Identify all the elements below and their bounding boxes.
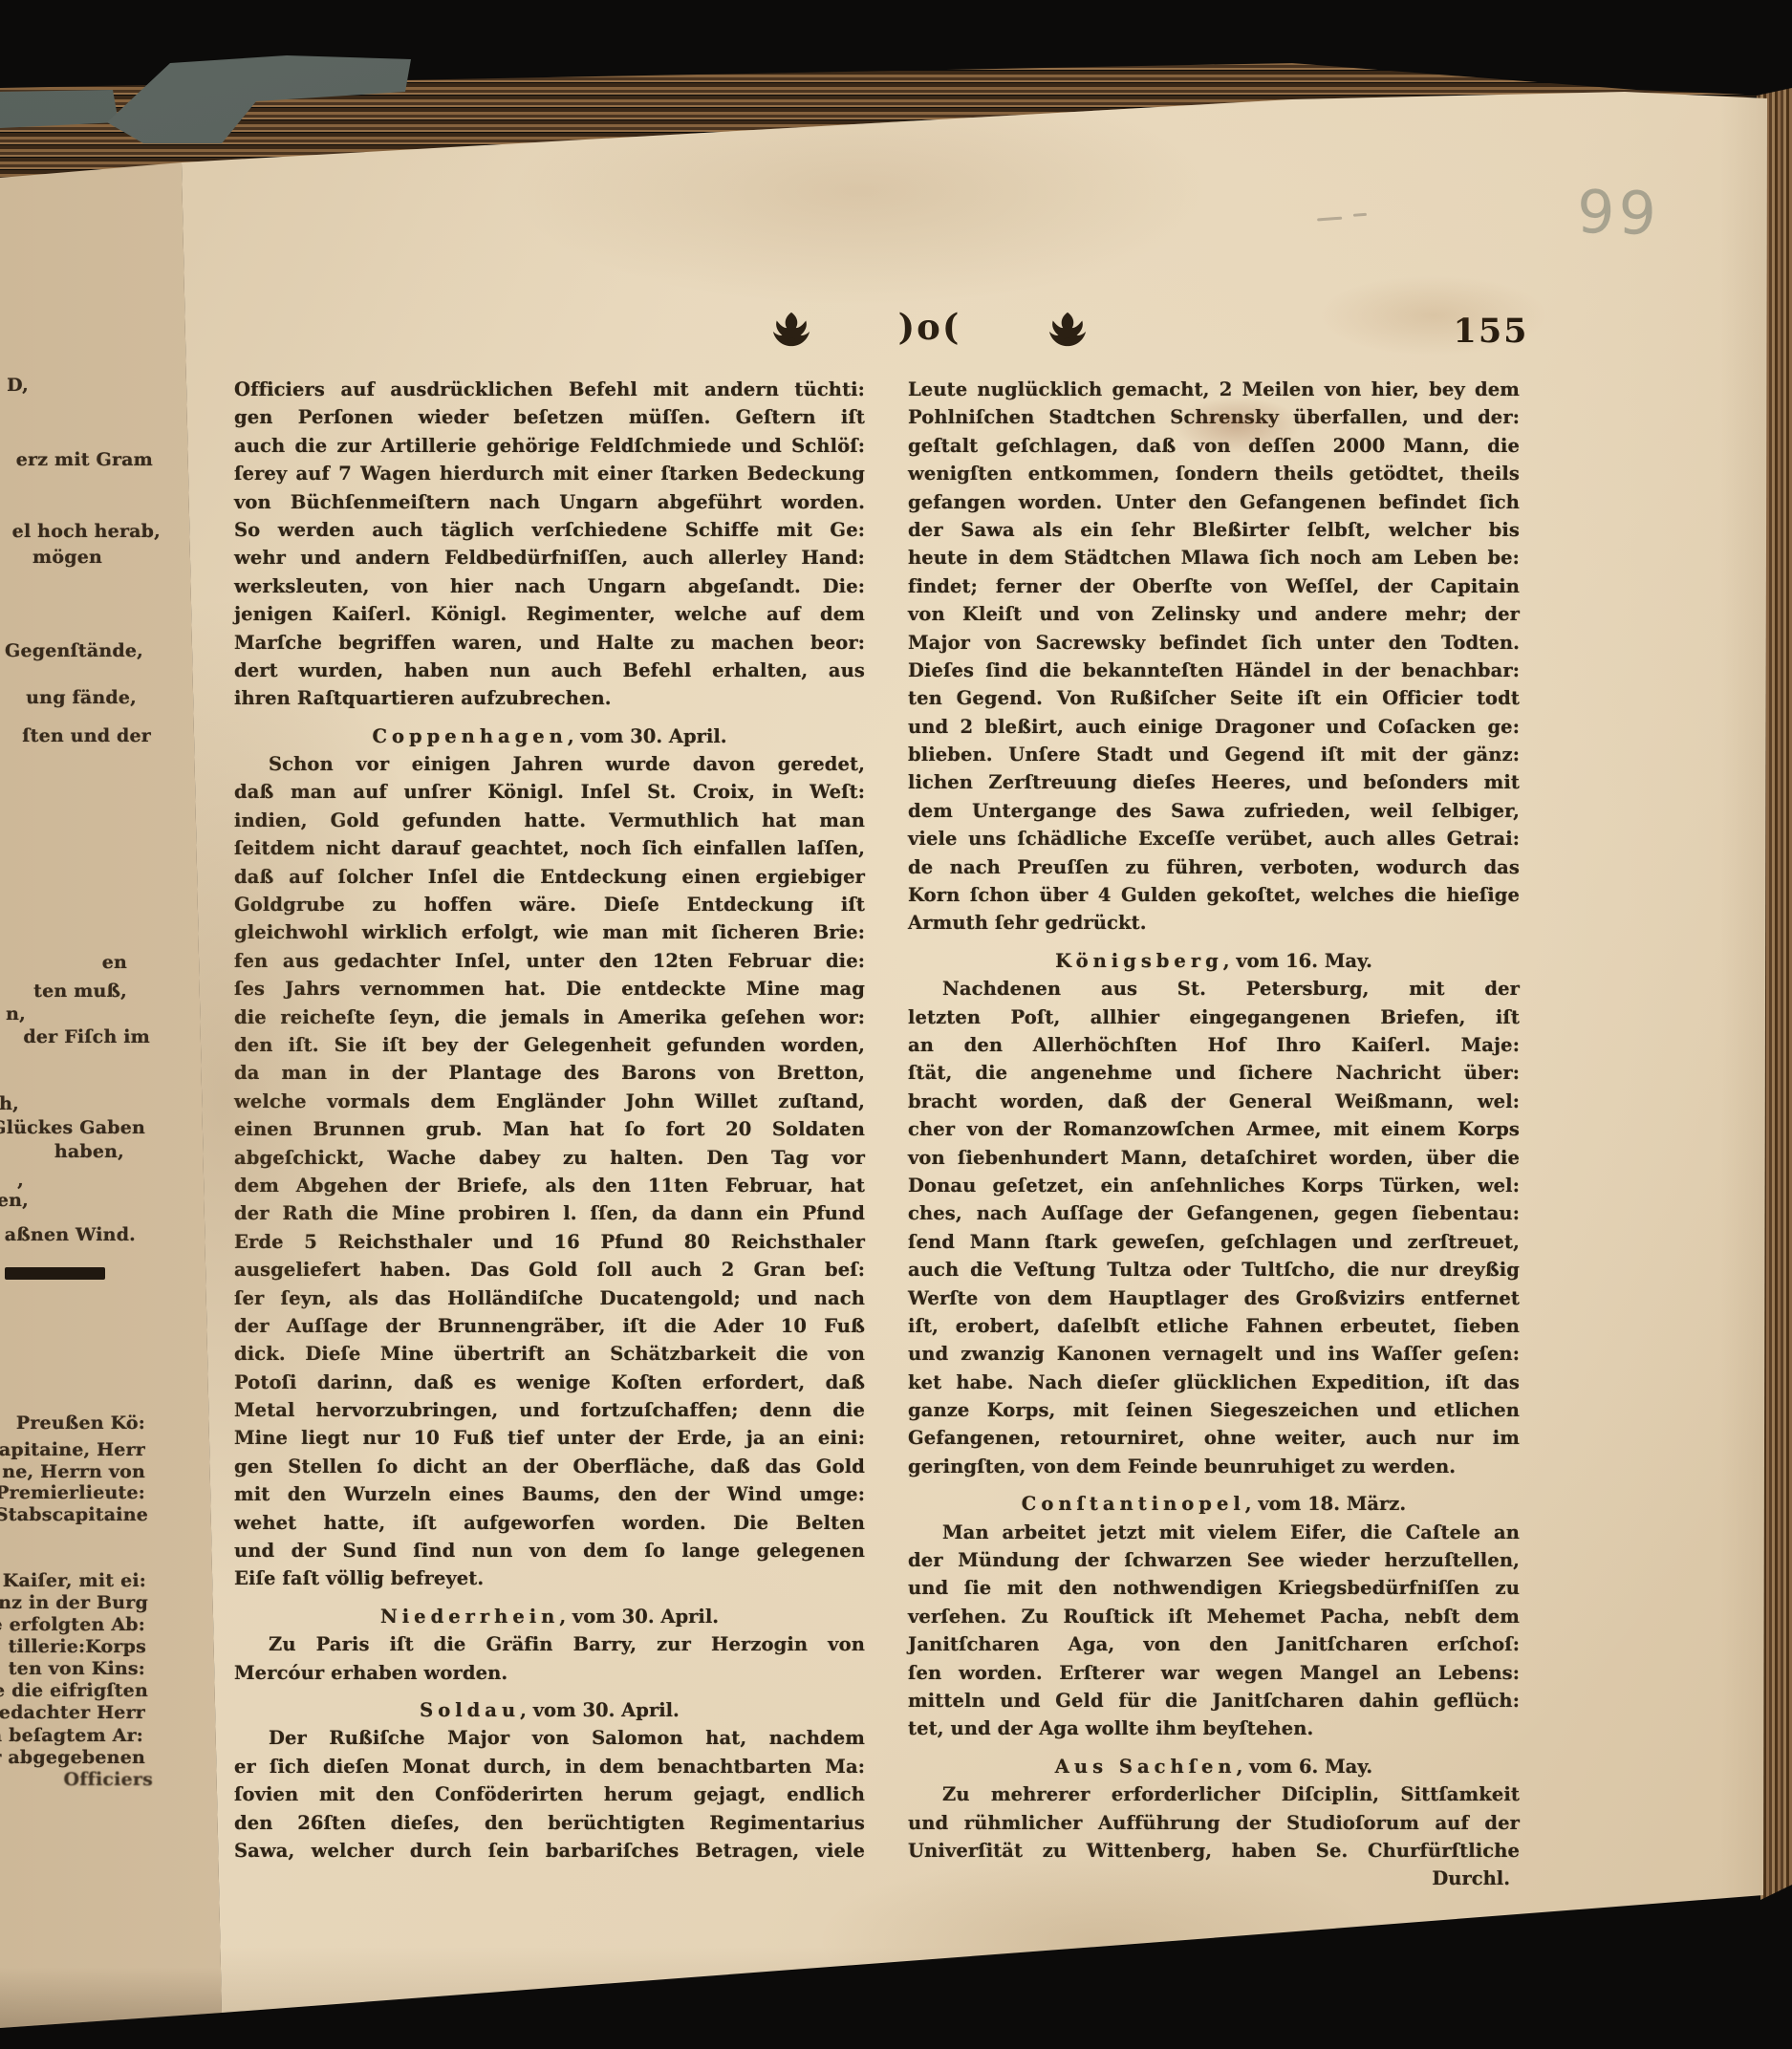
prev-page-text-fragment: ſten und der xyxy=(22,725,151,746)
text-line: lichen Zerſtreuung dieſes Heeres, und be… xyxy=(908,768,1520,796)
header-separator: )o( xyxy=(898,306,961,348)
paragraph: Leute nuglücklich gemacht, 2 Meilen von … xyxy=(908,376,1520,938)
prev-page-text-fragment: ne, Herrn von xyxy=(2,1461,145,1482)
prev-page-text-fragment: el hoch herab, xyxy=(12,521,161,542)
text-line: ausgeliefert haben. Das Gold ſoll auch 2… xyxy=(234,1256,865,1283)
text-line: von ſiebenhundert Mann, detaſchiret word… xyxy=(908,1144,1520,1172)
text-line: Potoſi darinn, daß es wenige Koſten erfo… xyxy=(234,1369,865,1396)
handwritten-folio-number: 99 xyxy=(1576,177,1661,248)
text-line: der Sawa als ein ſehr Bleßirter ſelbſt, … xyxy=(908,516,1520,544)
prev-page-text-fragment: ch, xyxy=(0,1093,19,1114)
dateline-place: Königsberg xyxy=(1055,950,1223,972)
section-heading: Soldau, vom 30. April. xyxy=(234,1696,865,1724)
text-line: den iſt. Sie iſt bey der Gelegenheit gef… xyxy=(234,1031,865,1059)
text-line: ſtät, die angenehme und ſichere Nachrich… xyxy=(908,1059,1520,1087)
text-line: gefangen worden. Unter den Gefangenen be… xyxy=(908,488,1520,516)
dateline-date: , vom 6. May. xyxy=(1237,1756,1373,1778)
text-line: Marſche begriffen waren, und Halte zu ma… xyxy=(234,629,865,657)
prev-page-text-fragment: Officiers xyxy=(64,1769,154,1790)
text-line: dem Untergange des Sawa zufrieden, weil … xyxy=(908,797,1520,825)
text-line: und ſie mit den nothwendigen Kriegsbedür… xyxy=(908,1574,1520,1602)
section-heading: Coppenhagen, vom 30. April. xyxy=(234,723,865,750)
text-line: findet; ferner der Oberſte von Weſſel, d… xyxy=(908,572,1520,600)
text-line: gen Perſonen wieder beſetzen müſſen. Geſ… xyxy=(234,403,865,431)
prev-page-text-fragment: edachter Herr xyxy=(0,1702,145,1723)
text-line: und rühmlicher Aufführung der Studioſoru… xyxy=(908,1809,1520,1837)
text-line: ſeitdem nicht darauf geachtet, noch ſich… xyxy=(234,834,865,862)
text-line: dem Abgehen der Briefe, als den 11ten Fe… xyxy=(234,1172,865,1199)
dateline-date: , vom 30. April. xyxy=(520,1699,680,1721)
text-line: geſtalt geſchlagen, daß von deſſen 2000 … xyxy=(908,432,1520,460)
text-line: Schon vor einigen Jahren wurde davon ger… xyxy=(234,750,865,778)
book-scan: D,erz mit Gramel hoch herab,mögenGegenſt… xyxy=(0,0,1792,2049)
text-line: wehet hatte, iſt aufgeworfen worden. Die… xyxy=(234,1509,865,1537)
prev-page-text-fragment: erz mit Gram xyxy=(16,449,153,470)
text-line: ſer ſeyn, als das Holländiſche Ducatengo… xyxy=(234,1284,865,1312)
newspaper-page: )o( 155 99 Officiers auf ausdrücklichen … xyxy=(0,0,1792,2049)
text-line: daß auf ſolcher Inſel die Entdeckung ein… xyxy=(234,863,865,891)
text-line: jenigen Kaiſerl. Königl. Regimenter, wel… xyxy=(234,600,865,628)
prev-page-text-fragment: Glückes Gaben xyxy=(0,1117,145,1138)
paragraph: Officiers auf ausdrücklichen Befehl mit … xyxy=(234,376,865,713)
prev-page-text-fragment: ten muß, xyxy=(33,981,127,1002)
paragraph: Nachdenen aus St. Petersburg, mit derlet… xyxy=(908,975,1520,1480)
text-line: mit den Wurzeln eines Baums, den der Win… xyxy=(234,1480,865,1508)
text-line: indien, Gold gefunden hatte. Vermuthlich… xyxy=(234,807,865,834)
paragraph: Der Rußiſche Major von Salomon hat, nach… xyxy=(234,1724,865,1865)
text-line: iſt, erobert, daſelbſt etliche Fahnen er… xyxy=(908,1312,1520,1340)
section-heading: Niederrhein, vom 30. April. xyxy=(234,1603,865,1630)
text-line: Zu Paris iſt die Gräfin Barry, zur Herzo… xyxy=(234,1630,865,1658)
prev-page-text-fragment: n, xyxy=(6,1003,26,1024)
text-line: Goldgrube zu hoffen wäre. Dieſe Entdecku… xyxy=(234,891,865,918)
paragraph: Schon vor einigen Jahren wurde davon ger… xyxy=(234,750,865,1593)
text-line: cher von der Romanzowſchen Armee, mit ei… xyxy=(908,1115,1520,1143)
text-line: Janitſcharen Aga, von den Janitſcharen e… xyxy=(908,1630,1520,1658)
text-line: er ſich dieſen Monat durch, in dem benac… xyxy=(234,1753,865,1780)
prev-page-text-fragment: der Fiſch im xyxy=(23,1026,150,1047)
text-line: ſend Mann ſtark geweſen, geſchlagen und … xyxy=(908,1228,1520,1256)
prev-page-text-fragment: e erfolgten Ab: xyxy=(0,1614,145,1635)
prev-page-text-fragment: Premierlieute: xyxy=(0,1482,145,1503)
dateline-place: Aus Sachſen xyxy=(1055,1756,1237,1778)
text-line: de nach Preuſſen zu führen, verboten, wo… xyxy=(908,853,1520,881)
text-line: und zwanzig Kanonen vernagelt und ins Wa… xyxy=(908,1340,1520,1368)
prev-page-text-fragment: apitaine, Herr xyxy=(0,1439,145,1460)
text-line: welche vormals dem Engländer John Willet… xyxy=(234,1088,865,1115)
prev-page-text-fragment: ten von Kins: xyxy=(9,1658,145,1679)
text-line: heute in dem Städtchen Mlawa ſich noch a… xyxy=(908,544,1520,572)
section-heading: Aus Sachſen, vom 6. May. xyxy=(908,1753,1520,1780)
prev-page-text-fragment: aßnen Wind. xyxy=(5,1224,136,1245)
prev-page-text-fragment: Preußen Kö: xyxy=(16,1413,145,1434)
text-line: ket habe. Nach dieſer glücklichen Expedi… xyxy=(908,1369,1520,1396)
text-line: Leute nuglücklich gemacht, 2 Meilen von … xyxy=(908,376,1520,403)
prev-page-rule xyxy=(5,1267,105,1280)
prev-page-text-fragment: er abgegebenen xyxy=(0,1747,145,1768)
text-line: Mine liegt nur 10 Fuß tief unter der Erd… xyxy=(234,1424,865,1452)
text-line: gleichwohl wirklich erfolgt, wie man mit… xyxy=(234,918,865,946)
section-heading: Conſtantinopel, vom 18. März. xyxy=(908,1490,1520,1518)
fleuron-icon xyxy=(769,310,813,350)
text-line: Eiſe faſt völlig befreyet. xyxy=(234,1564,865,1592)
text-line: Donau geſetzet, ein anſehnliches Korps T… xyxy=(908,1172,1520,1199)
prev-page-text-fragment: en, xyxy=(0,1190,29,1211)
text-line: der Auſſage der Brunnengräber, iſt die A… xyxy=(234,1312,865,1340)
text-line: Mercóur erhaben worden. xyxy=(234,1659,865,1687)
text-line: da man in der Plantage des Barons von Br… xyxy=(234,1059,865,1087)
text-line: ches, nach Auſſage der Gefangenen, gegen… xyxy=(908,1199,1520,1227)
text-line: Armuth ſehr gedrückt. xyxy=(908,909,1520,937)
text-column-right: Leute nuglücklich gemacht, 2 Meilen von … xyxy=(908,376,1520,1893)
dateline-place: Niederrhein xyxy=(380,1606,559,1628)
text-line: fen aus gedachter Inſel, unter den 12ten… xyxy=(234,947,865,975)
text-line: gen Stellen ſo dicht an der Oberfläche, … xyxy=(234,1453,865,1480)
header-ornaments: )o( xyxy=(769,304,1090,356)
text-line: wehr und andern Feldbedürfniſſen, auch a… xyxy=(234,544,865,572)
text-line: von Büchſenmeiſtern nach Ungarn abgeführ… xyxy=(234,488,865,516)
text-line: Officiers auf ausdrücklichen Befehl mit … xyxy=(234,376,865,403)
text-line: letzten Poſt, allhier eingegangenen Brie… xyxy=(908,1003,1520,1031)
text-line: den 26ſten dieſes, den berüchtigten Regi… xyxy=(234,1809,865,1837)
text-line: tet, und der Aga wollte ihm beyſtehen. xyxy=(908,1715,1520,1742)
text-line: der Rath die Mine probiren l. ſſen, da d… xyxy=(234,1199,865,1227)
dateline-date: , vom 18. März. xyxy=(1245,1493,1406,1515)
dateline-date: , vom 30. April. xyxy=(568,725,727,747)
text-line: viele uns ſchädliche Exceſſe verübet, au… xyxy=(908,825,1520,852)
text-line: mitteln und Geld für die Janitſcharen da… xyxy=(908,1687,1520,1715)
text-line: ſen worden. Erſterer war wegen Mangel an… xyxy=(908,1659,1520,1687)
text-line: Univerſität zu Wittenberg, haben Se. Chu… xyxy=(908,1837,1520,1865)
text-line: Sawa, welcher durch ſein barbariſches Be… xyxy=(234,1837,865,1865)
text-line: Zu mehrerer erforderlicher Diſciplin, Si… xyxy=(908,1780,1520,1808)
text-line: die reicheſte ſeyn, die jemals in Amerik… xyxy=(234,1003,865,1031)
paragraph: Zu mehrerer erforderlicher Diſciplin, Si… xyxy=(908,1780,1520,1865)
text-line: wenigſten entkommen, ſondern theils getö… xyxy=(908,460,1520,487)
text-line: Erde 5 Reichsthaler und 16 Pfund 80 Reic… xyxy=(234,1228,865,1256)
paragraph: Man arbeitet jetzt mit vielem Eifer, die… xyxy=(908,1519,1520,1743)
text-line: und 2 bleßirt, auch einige Dragoner und … xyxy=(908,713,1520,741)
prev-page-text-fragment: nz in der Burg xyxy=(0,1592,148,1613)
text-line: bracht worden, daß der General Weißmann,… xyxy=(908,1088,1520,1115)
section-heading: Königsberg, vom 16. May. xyxy=(908,947,1520,975)
prev-page-text-fragment: en xyxy=(102,952,127,973)
prev-page-text-fragment: tillerie:Korps xyxy=(9,1636,146,1657)
pencil-mark xyxy=(1317,206,1385,226)
text-column-left: Officiers auf ausdrücklichen Befehl mit … xyxy=(234,376,865,1865)
text-line: und der Sund ſind nun von dem ſo lange g… xyxy=(234,1537,865,1564)
dateline-date: , vom 16. May. xyxy=(1223,950,1372,972)
paragraph: Zu Paris iſt die Gräfin Barry, zur Herzo… xyxy=(234,1630,865,1687)
text-line: dick. Dieſe Mine übertrift an Schätzbark… xyxy=(234,1340,865,1368)
page-number: 155 xyxy=(1445,312,1537,351)
prev-page-text-fragment: mögen xyxy=(32,547,102,568)
dateline-place: Soldau xyxy=(420,1699,520,1721)
text-line: ſes Jahrs vernommen hat. Die entdeckte M… xyxy=(234,975,865,1003)
prev-page-text-fragment: e die eifrigſten xyxy=(0,1680,148,1701)
text-line: So werden auch täglich verſchiedene Schi… xyxy=(234,516,865,544)
text-line: Korn ſchon über 4 Gulden gekoſtet, welch… xyxy=(908,881,1520,909)
prev-page-text-fragment: Stabscapitaine xyxy=(0,1504,148,1525)
text-line: ſerey auf 7 Wagen hierdurch mit einer ſt… xyxy=(234,460,865,487)
prev-page-text-fragment: n beſagtem Ar: xyxy=(0,1725,143,1746)
text-line: an den Allerhöchſten Hof Ihro Kaiſerl. M… xyxy=(908,1031,1520,1059)
text-line: Der Rußiſche Major von Salomon hat, nach… xyxy=(234,1724,865,1752)
dateline-place: Coppenhagen xyxy=(372,725,567,747)
prev-page-text-fragment: haben, xyxy=(54,1141,124,1162)
text-line: einen Brunnen grub. Man hat ſo fort 20 S… xyxy=(234,1115,865,1143)
text-line: geringſten, von dem Feinde beunruhiget z… xyxy=(908,1453,1520,1480)
text-line: ten Gegend. Von Rußiſcher Seite iſt ein … xyxy=(908,684,1520,712)
text-line: werksleuten, von hier nach Ungarn abgeſa… xyxy=(234,572,865,600)
text-line: von Kleiſt und von Zelinsky und andere m… xyxy=(908,600,1520,628)
text-line: abgeſchickt, Wache dabey zu halten. Den … xyxy=(234,1144,865,1172)
text-line: blieben. Unſere Stadt und Gegend iſt mit… xyxy=(908,741,1520,768)
catchword: Durchl. xyxy=(908,1865,1520,1892)
text-line: daß man auf unſrer Königl. Inſel St. Cro… xyxy=(234,778,865,806)
dateline-date: , vom 30. April. xyxy=(559,1606,719,1628)
prev-page-text-fragment: Kaiſer, mit ei: xyxy=(3,1570,146,1591)
prev-page-text-fragment: Gegenſtände, xyxy=(5,640,143,661)
text-line: der Mündung der ſchwarzen See wieder her… xyxy=(908,1546,1520,1574)
text-line: Metal hervorzubringen, und fortzuſchaffe… xyxy=(234,1396,865,1424)
prev-page-text-fragment: , xyxy=(17,1170,24,1191)
text-line: Nachdenen aus St. Petersburg, mit der xyxy=(908,975,1520,1003)
text-line: auch die zur Artillerie gehörige Feldſch… xyxy=(234,432,865,460)
text-line: Pohlniſchen Stadtchen Schrensky überfall… xyxy=(908,403,1520,431)
text-line: Dieſes ſind die bekannteſten Händel in d… xyxy=(908,657,1520,684)
text-line: ſovien mit den Conföderirten herum gejag… xyxy=(234,1780,865,1808)
text-line: Werſte von dem Hauptlager des Großvizirs… xyxy=(908,1284,1520,1312)
prev-page-text-fragment: ung fände, xyxy=(26,687,137,708)
text-line: Gefangenen, retourniret, ohne weiter, au… xyxy=(908,1424,1520,1452)
prev-page-text-fragment: D, xyxy=(7,375,29,396)
text-line: Major von Sacrewsky befindet ſich unter … xyxy=(908,629,1520,657)
text-line: auch die Veſtung Tultza oder Tultſcho, d… xyxy=(908,1256,1520,1283)
text-line: Man arbeitet jetzt mit vielem Eifer, die… xyxy=(908,1519,1520,1546)
text-line: ganze Korps, mit ſeinen Siegeszeichen un… xyxy=(908,1396,1520,1424)
fleuron-icon xyxy=(1046,310,1090,350)
text-line: ihren Raſtquartieren aufzubrechen. xyxy=(234,684,865,712)
text-line: verſehen. Zu Rouſtick iſt Mehemet Pacha,… xyxy=(908,1603,1520,1630)
text-line: dert wurden, haben nun auch Befehl erhal… xyxy=(234,657,865,684)
dateline-place: Conſtantinopel xyxy=(1022,1493,1245,1515)
